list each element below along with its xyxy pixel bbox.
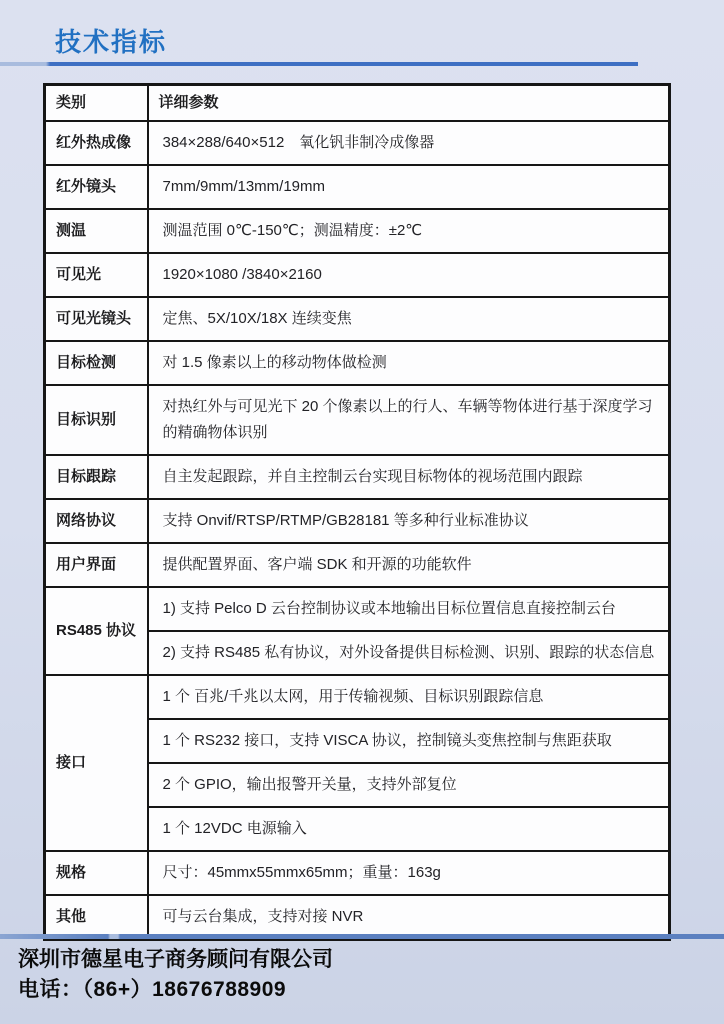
param-cell: 1 个 百兆/千兆以太网，用于传输视频、目标识别跟踪信息 (148, 675, 670, 719)
category-cell: RS485 协议 (45, 587, 148, 675)
category-cell: 测温 (45, 209, 148, 253)
param-cell: 提供配置界面、客户端 SDK 和开源的功能软件 (148, 543, 670, 587)
category-cell: 接口 (45, 675, 148, 851)
param-cell: 自主发起跟踪，并自主控制云台实现目标物体的视场范围内跟踪 (148, 455, 670, 499)
title-underline-rule (0, 62, 638, 66)
param-cell: 尺寸：45mmx55mmx65mm；重量：163g (148, 851, 670, 895)
table-row: 用户界面 提供配置界面、客户端 SDK 和开源的功能软件 (45, 543, 670, 587)
table-row: 红外热成像 384×288/640×512 氧化钒非制冷成像器 (45, 121, 670, 165)
category-cell: 目标识别 (45, 385, 148, 455)
category-cell: 红外热成像 (45, 121, 148, 165)
param-cell: 测温范围 0℃-150℃；测温精度：±2℃ (148, 209, 670, 253)
category-cell: 规格 (45, 851, 148, 895)
param-cell: 定焦、5X/10X/18X 连续变焦 (148, 297, 670, 341)
param-cell: 384×288/640×512 氧化钒非制冷成像器 (148, 121, 670, 165)
table-row: 目标识别 对热红外与可见光下 20 个像素以上的行人、车辆等物体进行基于深度学习… (45, 385, 670, 455)
param-cell: 1920×1080 /3840×2160 (148, 253, 670, 297)
param-cell: 支持 Onvif/RTSP/RTMP/GB28181 等多种行业标准协议 (148, 499, 670, 543)
footer-phone-number: 电话：（86+）18676788909 (18, 976, 286, 1003)
category-cell: 其他 (45, 895, 148, 940)
category-cell: 目标跟踪 (45, 455, 148, 499)
page-title: 技术指标 (55, 27, 167, 58)
param-cell: 7mm/9mm/13mm/19mm (148, 165, 670, 209)
param-cell: 可与云台集成，支持对接 NVR (148, 895, 670, 940)
category-cell: 用户界面 (45, 543, 148, 587)
table-row: 接口 1 个 百兆/千兆以太网，用于传输视频、目标识别跟踪信息 (45, 675, 670, 719)
param-cell: 对热红外与可见光下 20 个像素以上的行人、车辆等物体进行基于深度学习的精确物体… (148, 385, 670, 455)
spec-table: 类别 详细参数 红外热成像 384×288/640×512 氧化钒非制冷成像器 … (43, 83, 671, 941)
table-row: 可见光 1920×1080 /3840×2160 (45, 253, 670, 297)
table-row: 网络协议 支持 Onvif/RTSP/RTMP/GB28181 等多种行业标准协… (45, 499, 670, 543)
table-row: 其他 可与云台集成，支持对接 NVR (45, 895, 670, 940)
category-cell: 目标检测 (45, 341, 148, 385)
param-cell: 1 个 RS232 接口，支持 VISCA 协议，控制镜头变焦控制与焦距获取 (148, 719, 670, 763)
column-header-params: 详细参数 (148, 85, 670, 122)
table-row: 可见光镜头 定焦、5X/10X/18X 连续变焦 (45, 297, 670, 341)
param-cell: 1 个 12VDC 电源输入 (148, 807, 670, 851)
footer-company-name: 深圳市德星电子商务顾问有限公司 (18, 946, 333, 973)
category-cell: 可见光镜头 (45, 297, 148, 341)
table-row: RS485 协议 1) 支持 Pelco D 云台控制协议或本地输出目标位置信息… (45, 587, 670, 631)
category-cell: 红外镜头 (45, 165, 148, 209)
footer-rule (0, 934, 724, 939)
column-header-category: 类别 (45, 85, 148, 122)
param-cell: 1) 支持 Pelco D 云台控制协议或本地输出目标位置信息直接控制云台 (148, 587, 670, 631)
table-row: 红外镜头 7mm/9mm/13mm/19mm (45, 165, 670, 209)
table-header-row: 类别 详细参数 (45, 85, 670, 122)
table-row: 规格 尺寸：45mmx55mmx65mm；重量：163g (45, 851, 670, 895)
param-cell: 对 1.5 像素以上的移动物体做检测 (148, 341, 670, 385)
param-cell: 2 个 GPIO，输出报警开关量，支持外部复位 (148, 763, 670, 807)
table-row: 目标检测 对 1.5 像素以上的移动物体做检测 (45, 341, 670, 385)
table-row: 目标跟踪 自主发起跟踪，并自主控制云台实现目标物体的视场范围内跟踪 (45, 455, 670, 499)
param-cell: 2) 支持 RS485 私有协议，对外设备提供目标检测、识别、跟踪的状态信息 (148, 631, 670, 675)
category-cell: 网络协议 (45, 499, 148, 543)
category-cell: 可见光 (45, 253, 148, 297)
table-row: 测温 测温范围 0℃-150℃；测温精度：±2℃ (45, 209, 670, 253)
